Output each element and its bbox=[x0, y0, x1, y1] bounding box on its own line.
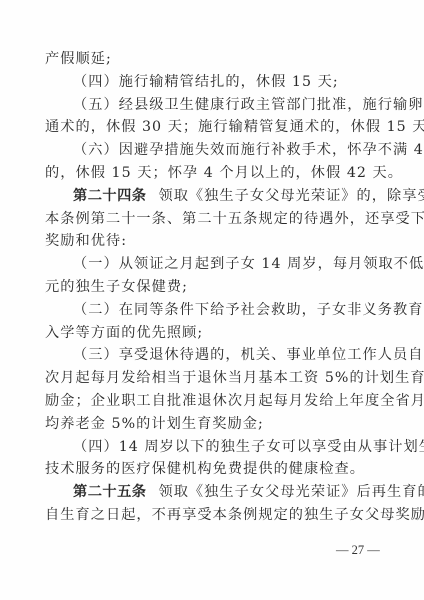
line-text: 元的独生子女保健费; bbox=[45, 279, 188, 295]
document-page: 产假顺延; （四）施行输精管结扎的，休假 15 天; （五）经县级卫生健康行政主… bbox=[0, 0, 424, 600]
text-line: （二）在同等条件下给予社会救助，子女非义务教育阶段 bbox=[45, 299, 383, 322]
article-number: 第二十五条 bbox=[73, 484, 146, 500]
line-text: 领取《独生子女父母光荣证》后再生育的， bbox=[158, 484, 424, 500]
line-text: 领取《独生子女父母光荣证》的，除享受 bbox=[158, 188, 424, 204]
line-text: （四）施行输精管结扎的，休假 15 天; bbox=[73, 74, 339, 90]
text-line: 通术的，休假 30 天；施行输精管复通术的，休假 15 天; bbox=[45, 116, 383, 139]
line-text: 本条例第二十一条、第二十五条规定的待遇外，还享受下列 bbox=[45, 211, 424, 227]
text-line: 本条例第二十一条、第二十五条规定的待遇外，还享受下列 bbox=[45, 208, 383, 231]
text-line: （一）从领证之月起到子女 14 周岁，每月领取不低于 10 bbox=[45, 253, 383, 276]
text-line: （五）经县级卫生健康行政主管部门批准，施行输卵管复 bbox=[45, 94, 383, 117]
text-line: （三）享受退休待遇的，机关、事业单位工作人员自退休 bbox=[45, 344, 383, 367]
line-text: （四）14 周岁以下的独生子女可以享受由从事计划生育 bbox=[73, 439, 424, 455]
text-line: 均养老金 5%的计划生育奖励金; bbox=[45, 413, 383, 436]
line-text: （六）因避孕措施失效而施行补救手术，怀孕不满 4 个月 bbox=[73, 142, 424, 158]
text-line: 奖励和优待: bbox=[45, 230, 383, 253]
line-text: 次月起每月发给相当于退休当月基本工资 5%的计划生育奖 bbox=[45, 370, 424, 386]
text-line: （四）施行输精管结扎的，休假 15 天; bbox=[45, 71, 383, 94]
article-24-heading-line: 第二十四条领取《独生子女父母光荣证》的，除享受 bbox=[45, 185, 383, 208]
text-line: （六）因避孕措施失效而施行补救手术，怀孕不满 4 个月 bbox=[45, 139, 383, 162]
line-text: 的，休假 15 天；怀孕 4 个月以上的，休假 42 天。 bbox=[45, 165, 403, 181]
text-line: 产假顺延; bbox=[45, 48, 383, 71]
text-line: 自生育之日起，不再享受本条例规定的独生子女父母奖励优 bbox=[45, 504, 383, 527]
line-text: 入学等方面的优先照顾; bbox=[45, 325, 203, 341]
line-text: （一）从领证之月起到子女 14 周岁，每月领取不低于 10 bbox=[73, 256, 424, 272]
text-line: （四）14 周岁以下的独生子女可以享受由从事计划生育 bbox=[45, 436, 383, 459]
line-text: （二）在同等条件下给予社会救助，子女非义务教育阶段 bbox=[73, 302, 424, 318]
article-25-heading-line: 第二十五条领取《独生子女父母光荣证》后再生育的， bbox=[45, 481, 383, 504]
document-body: 产假顺延; （四）施行输精管结扎的，休假 15 天; （五）经县级卫生健康行政主… bbox=[45, 48, 383, 527]
line-text: 均养老金 5%的计划生育奖励金; bbox=[45, 416, 264, 432]
article-number: 第二十四条 bbox=[73, 188, 146, 204]
line-text: 技术服务的医疗保健机构免费提供的健康检查。 bbox=[45, 461, 365, 477]
text-line: 的，休假 15 天；怀孕 4 个月以上的，休假 42 天。 bbox=[45, 162, 383, 185]
text-line: 次月起每月发给相当于退休当月基本工资 5%的计划生育奖 bbox=[45, 367, 383, 390]
page-number: — 27 — bbox=[336, 543, 396, 558]
text-line: 励金；企业职工自批准退休次月起每月发给上年度全省月平 bbox=[45, 390, 383, 413]
line-text: 奖励和优待: bbox=[45, 233, 127, 249]
line-text: 产假顺延; bbox=[45, 51, 112, 67]
line-text: 自生育之日起，不再享受本条例规定的独生子女父母奖励优 bbox=[45, 507, 424, 523]
line-text: 励金；企业职工自批准退休次月起每月发给上年度全省月平 bbox=[45, 393, 424, 409]
text-line: 元的独生子女保健费; bbox=[45, 276, 383, 299]
line-text: 通术的，休假 30 天；施行输精管复通术的，休假 15 天; bbox=[45, 119, 424, 135]
text-line: 技术服务的医疗保健机构免费提供的健康检查。 bbox=[45, 458, 383, 481]
line-text: （五）经县级卫生健康行政主管部门批准，施行输卵管复 bbox=[73, 97, 424, 113]
line-text: （三）享受退休待遇的，机关、事业单位工作人员自退休 bbox=[73, 347, 424, 363]
text-line: 入学等方面的优先照顾; bbox=[45, 322, 383, 345]
